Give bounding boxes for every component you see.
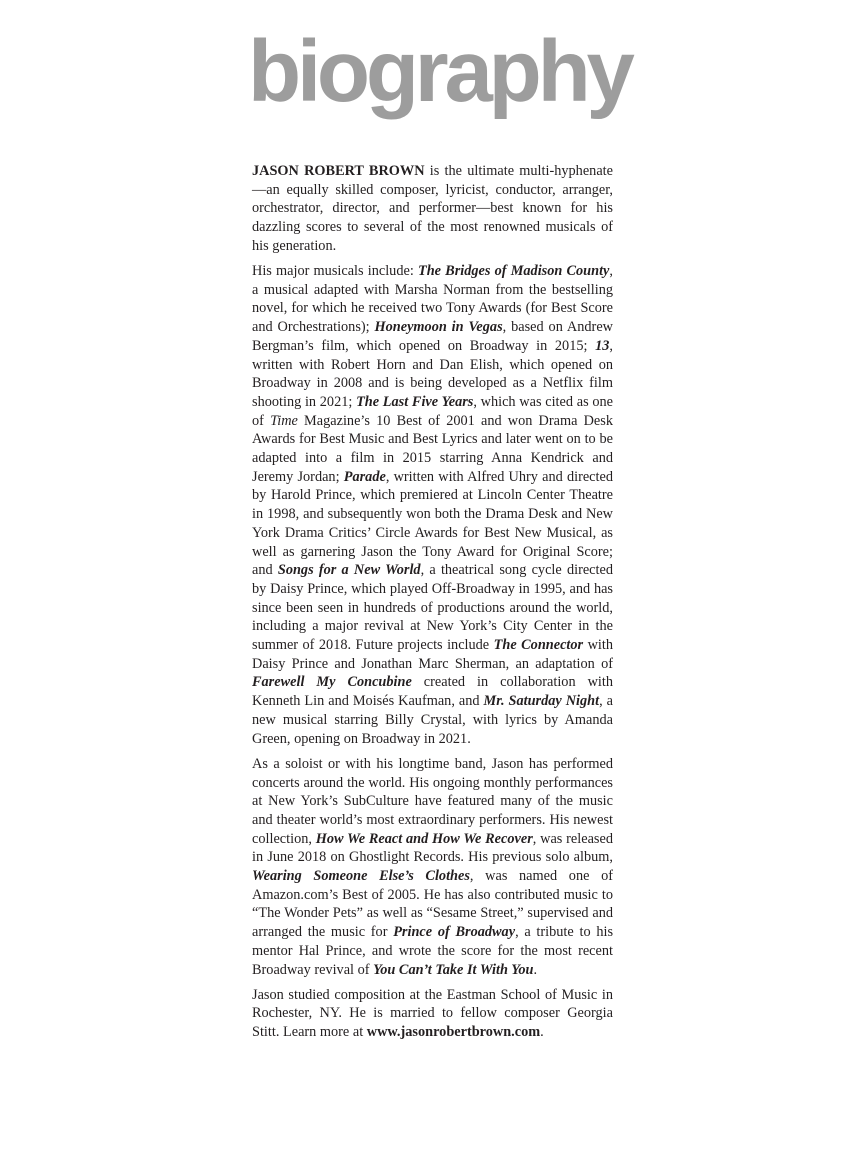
text-segment: . <box>540 1024 544 1040</box>
work-title: Wearing Someone Else’s Clothes <box>252 868 470 884</box>
work-title: Prince of Broadway <box>393 924 515 940</box>
work-title: Honeymoon in Vegas <box>375 319 503 335</box>
work-title: The Connector <box>494 637 583 653</box>
publication-name: Time <box>270 413 298 429</box>
musicals-paragraph: His major musicals include: The Bridges … <box>252 262 613 748</box>
text-segment: . <box>533 962 537 978</box>
biography-body: JASON ROBERT BROWN is the ultimate multi… <box>252 162 613 1048</box>
work-title: How We React and How We Recover <box>316 831 533 847</box>
work-title: Parade <box>344 469 386 485</box>
work-title: You Can’t Take It With You <box>373 962 533 978</box>
work-title: The Bridges of Madison County <box>418 263 609 279</box>
work-title: The Last Five Years <box>356 394 473 410</box>
intro-paragraph: JASON ROBERT BROWN is the ultimate multi… <box>252 162 613 256</box>
education-paragraph: Jason studied composition at the Eastman… <box>252 986 613 1042</box>
work-title: Mr. Saturday Night <box>484 693 600 709</box>
work-title: 13 <box>595 338 609 354</box>
work-title: Songs for a New World <box>278 562 421 578</box>
work-title: Farewell My Concubine <box>252 674 412 690</box>
performances-paragraph: As a soloist or with his longtime band, … <box>252 755 613 979</box>
page-title: biography <box>248 28 631 115</box>
text-segment: His major musicals include: <box>252 263 418 279</box>
name-highlight: JASON ROBERT BROWN <box>252 163 425 179</box>
website-link-text: www.jasonrobertbrown.com <box>367 1024 540 1040</box>
